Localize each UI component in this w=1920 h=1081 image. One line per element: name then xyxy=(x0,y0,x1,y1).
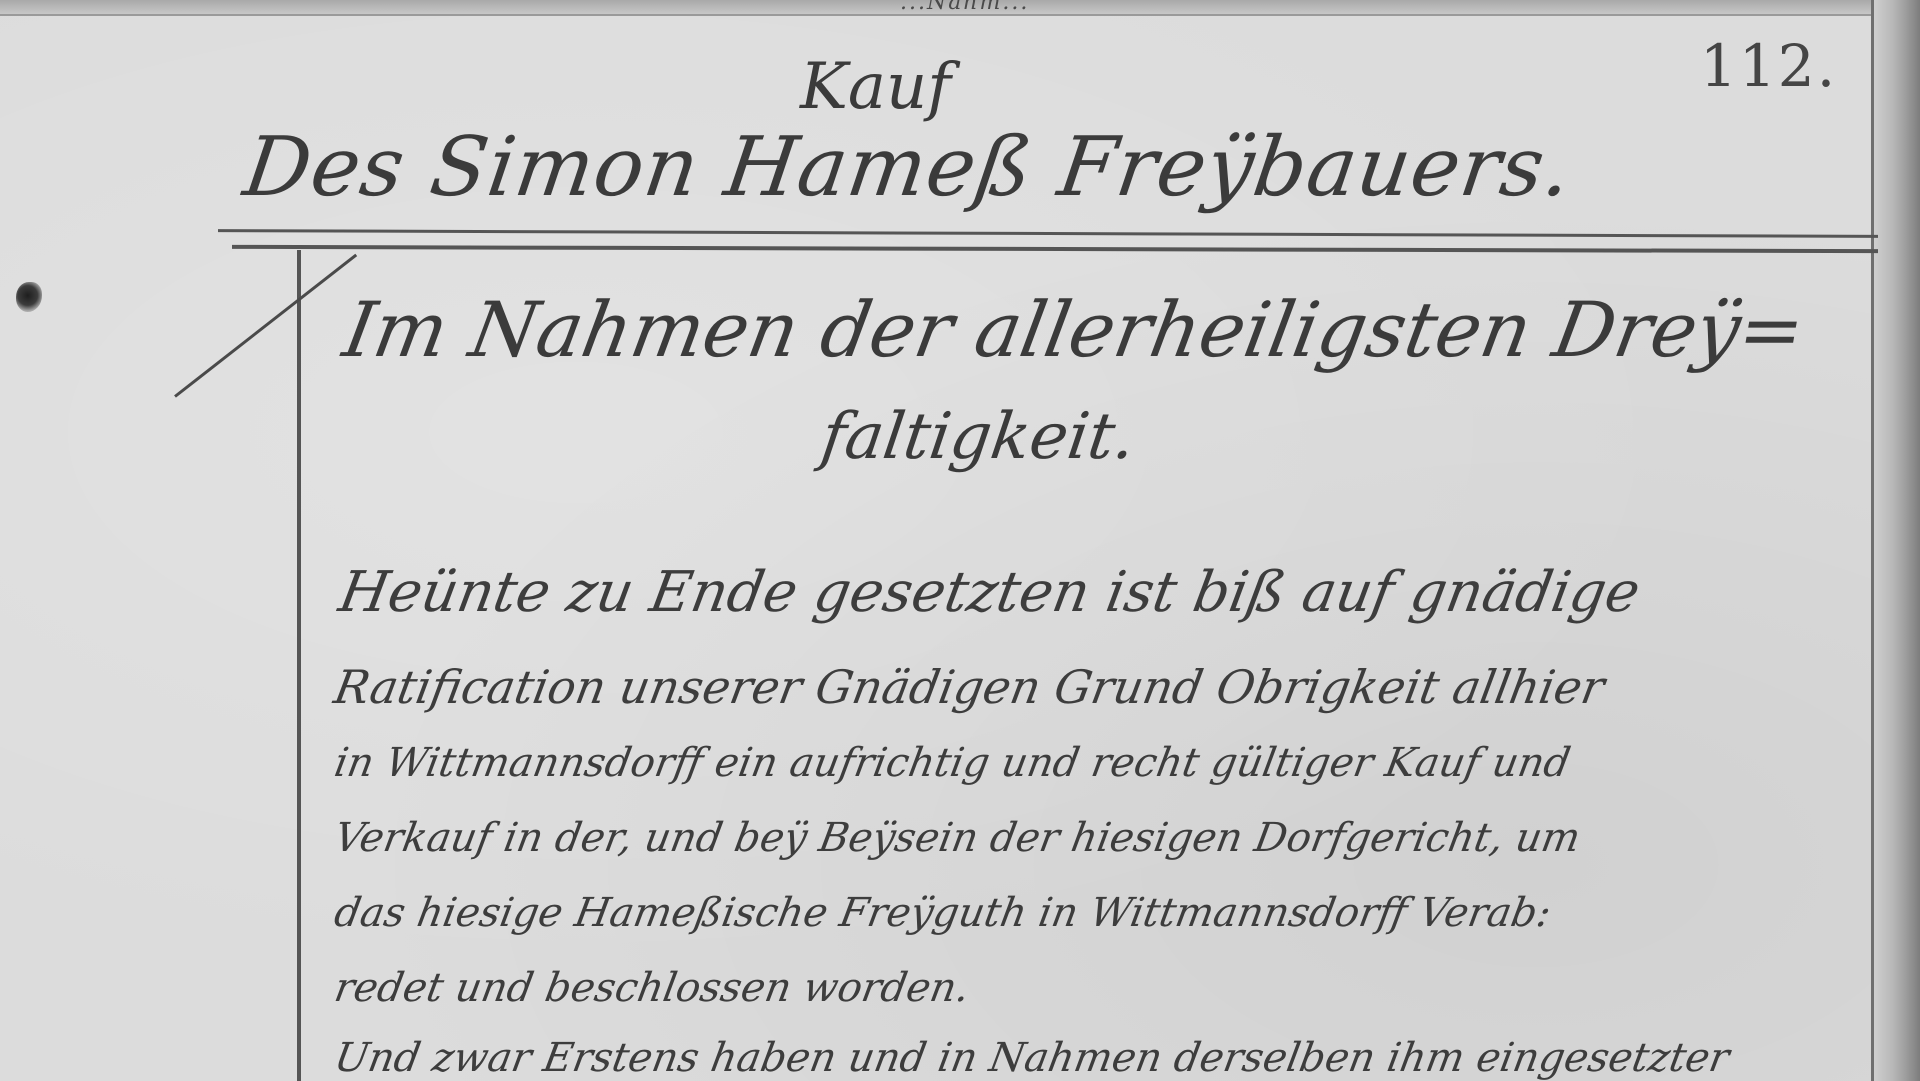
header-annotation: Kauf xyxy=(800,50,951,124)
header-rule-top xyxy=(218,229,1878,238)
body-line: in Wittmannsdorff ein aufrichtig und rec… xyxy=(331,740,1574,786)
body-line: Ratification unserer Gnädigen Grund Obri… xyxy=(330,660,1608,714)
body-line: Und zwar Erstens haben und in Nahmen der… xyxy=(331,1035,1733,1081)
body-line: das hiesige Hameßische Freÿguth in Wittm… xyxy=(331,890,1555,936)
pen-flourish xyxy=(174,254,357,398)
body-line: redet und beschlossen worden. xyxy=(331,965,973,1011)
left-margin-rule xyxy=(297,250,301,1081)
header-rule-bottom xyxy=(232,245,1878,253)
previous-page-text-fragment: ...Nahm... xyxy=(900,0,1029,15)
ink-blot xyxy=(16,282,42,312)
page-number: 112. xyxy=(1700,32,1837,100)
body-line: Verkauf in der, und beÿ Beÿsein der hies… xyxy=(331,815,1584,861)
manuscript-page: ...Nahm... 112. Kauf Des Simon Hameß Fre… xyxy=(0,0,1920,1081)
page-binding-edge xyxy=(1871,0,1920,1081)
page-header-title: Des Simon Hameß Freÿbauers. xyxy=(238,120,1578,215)
invocation-line-2: faltigkeit. xyxy=(817,400,1140,474)
invocation-line-1: Im Nahmen der allerheiligsten Dreÿ= xyxy=(337,285,1811,374)
previous-page-edge: ...Nahm... xyxy=(0,0,1920,16)
body-line: Heünte zu Ende gesetzten ist biß auf gnä… xyxy=(334,560,1644,625)
